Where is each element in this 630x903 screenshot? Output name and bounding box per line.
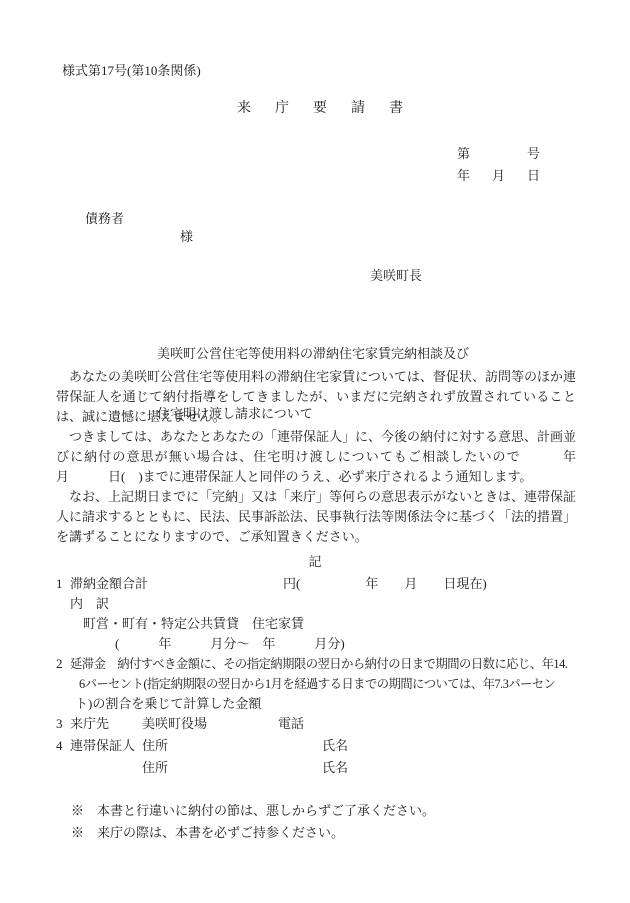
form-number: 様式第17号(第10条関係) bbox=[62, 61, 201, 81]
guarantor-address-label: 住所 bbox=[142, 736, 168, 756]
body-paragraph-3: なお、上記期日までに「完納」又は「来庁」等何らの意思表示がないときは、連帯保証人… bbox=[56, 487, 576, 547]
document-title: 来庁要請書 bbox=[237, 99, 427, 119]
period-line: ( 年 月分～ 年 月分) bbox=[0, 634, 630, 654]
late-fee-text-line-2: 6パーセント(指定納期限の翌日から1月を経過する日までの期間については、年7.3… bbox=[79, 674, 555, 694]
period-blank: ( 年 月分～ 年 月分) bbox=[115, 634, 345, 654]
document-number-suffix: 号 bbox=[527, 144, 540, 164]
guarantor-address-label: 住所 bbox=[142, 758, 168, 778]
item-visit-location: 3 来庁先 美咲町役場 電話 bbox=[0, 714, 630, 734]
item-guarantor-row-2: 住所 氏名 bbox=[0, 758, 630, 778]
body-paragraph-1: あなたの美咲町公営住宅等使用料の滞納住宅家賃については、督促状、訪問等のほか連帯… bbox=[56, 367, 576, 427]
date-month-label: 月 bbox=[492, 166, 505, 186]
guarantor-name-label: 氏名 bbox=[322, 736, 348, 756]
subject-line-1: 美咲町公営住宅等使用料の滞納住宅家賃完納相談及び bbox=[157, 344, 469, 364]
item-guarantor: 4 連帯保証人 住所 氏名 bbox=[0, 736, 630, 756]
guarantor-label: 連帯保証人 bbox=[70, 736, 135, 756]
item-number: 2 bbox=[56, 654, 63, 674]
visit-location-label: 来庁先 bbox=[70, 714, 109, 734]
document-number-line: 第 号 bbox=[0, 144, 630, 164]
footnote-text: ※ 来庁の際は、本書を必ずご持参ください。 bbox=[71, 823, 344, 843]
footnote: ※ 来庁の際は、本書を必ずご持参ください。 bbox=[0, 823, 630, 843]
date-year-label: 年 bbox=[457, 166, 470, 186]
telephone-label: 電話 bbox=[278, 714, 304, 734]
item-late-fee: 2 延滞金 納付すべき金額に、その指定納期限の翌日から納付の日まで期間の日数に応… bbox=[0, 654, 630, 674]
body-text: あなたの美咲町公営住宅等使用料の滞納住宅家賃については、督促状、訪問等のほか連帯… bbox=[56, 367, 576, 547]
guarantor-name-label: 氏名 bbox=[322, 758, 348, 778]
debtor-honorific: 様 bbox=[180, 227, 193, 247]
visit-office-name: 美咲町役場 bbox=[142, 714, 207, 734]
record-heading: 記 bbox=[0, 552, 630, 572]
breakdown-text: 町営・町有・特定公共賃貸 住宅家賃 bbox=[83, 614, 304, 634]
breakdown-label-line: 内 訳 bbox=[0, 594, 630, 614]
late-fee-continuation: 6パーセント(指定納期限の翌日から1月を経過する日までの期間については、年7.3… bbox=[0, 674, 630, 694]
body-paragraph-2: つきましては、あなたとあなたの「連帯保証人」に、今後の納付に対する意思、計画並び… bbox=[56, 427, 576, 487]
breakdown-label: 内 訳 bbox=[70, 594, 109, 614]
arrears-total-value-blank: 円( 年 月 日現在) bbox=[283, 574, 487, 594]
sender-title: 美咲町長 bbox=[370, 266, 422, 286]
item-arrears-total: 1 滞納金額合計 円( 年 月 日現在) bbox=[0, 574, 630, 594]
late-fee-continuation: ト)の割合を乗じて計算した金額 bbox=[0, 694, 630, 714]
late-fee-text-line-1: 延滞金 納付すべき金額に、その指定納期限の翌日から納付の日まで期間の日数に応じ、… bbox=[70, 654, 567, 674]
document-page: 様式第17号(第10条関係) 来庁要請書 第 号 年 月 日 債務者 様 美咲町… bbox=[0, 0, 630, 903]
document-number-prefix: 第 bbox=[457, 144, 470, 164]
arrears-total-label: 滞納金額合計 bbox=[70, 574, 148, 594]
debtor-label: 債務者 bbox=[85, 209, 124, 229]
item-number: 3 bbox=[56, 714, 63, 734]
late-fee-text-line-3: ト)の割合を乗じて計算した金額 bbox=[75, 694, 261, 714]
item-number: 4 bbox=[56, 736, 63, 756]
footnote: ※ 本書と行違いに納付の節は、悪しからずご了承ください。 bbox=[0, 801, 630, 821]
breakdown-line: 町営・町有・特定公共賃貸 住宅家賃 bbox=[0, 614, 630, 634]
item-number: 1 bbox=[56, 574, 63, 594]
date-line: 年 月 日 bbox=[0, 166, 630, 186]
date-day-label: 日 bbox=[527, 166, 540, 186]
footnote-text: ※ 本書と行違いに納付の節は、悪しからずご了承ください。 bbox=[71, 801, 435, 821]
